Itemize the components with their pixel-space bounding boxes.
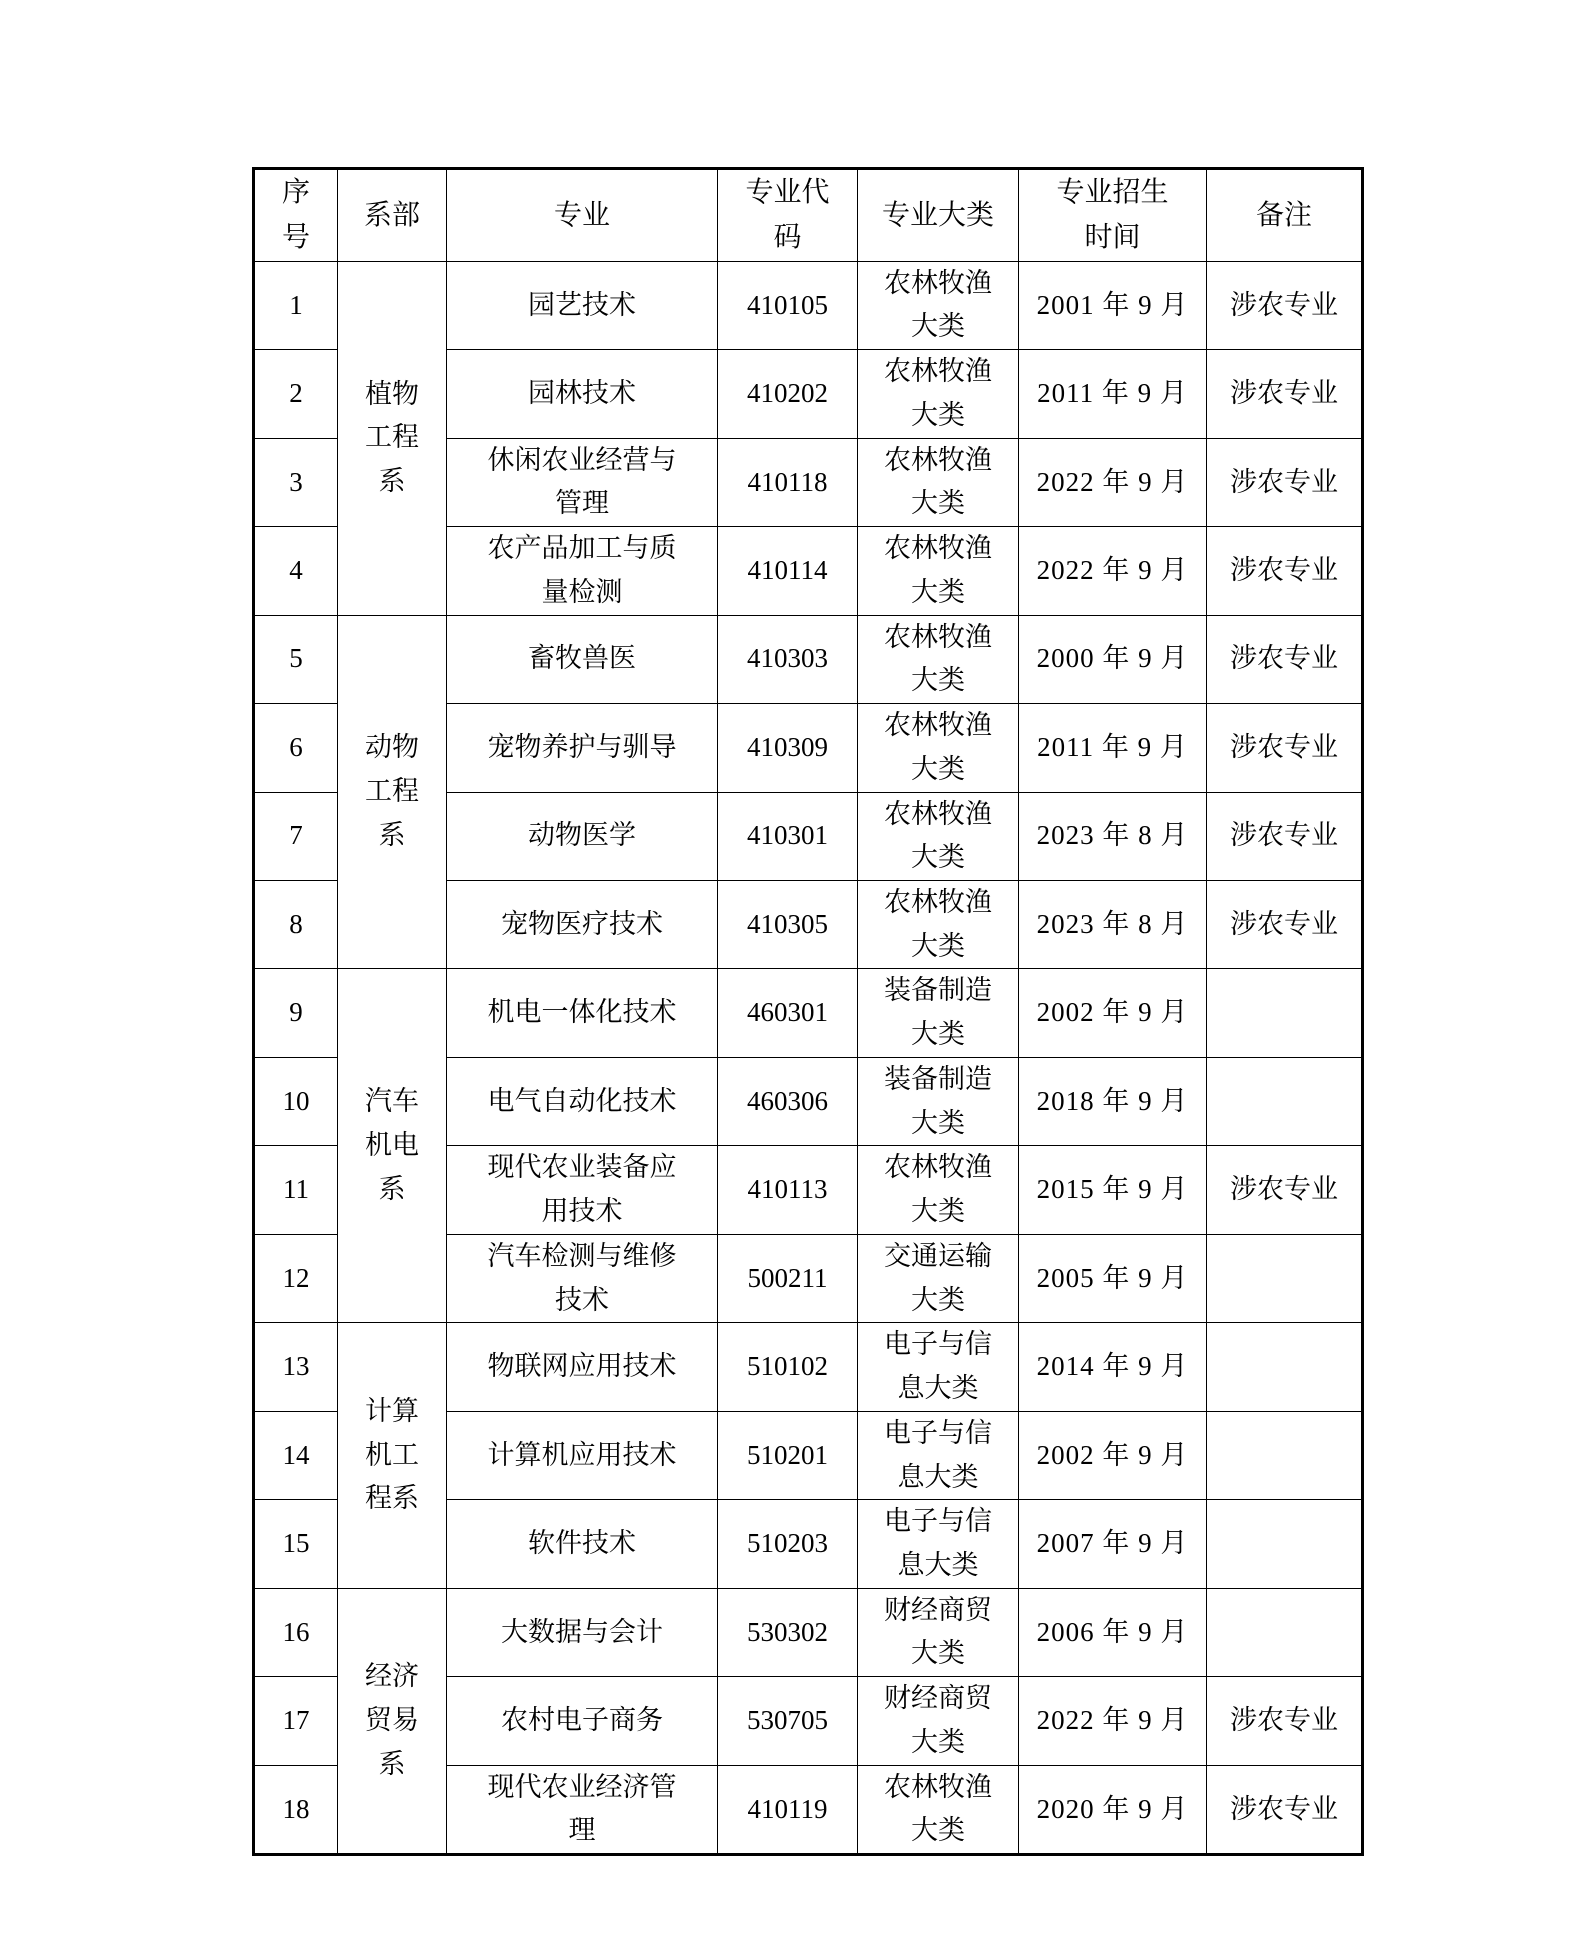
cell-remark: 涉农专业 (1207, 438, 1363, 526)
cell-index: 17 (254, 1677, 338, 1765)
cell-index: 18 (254, 1765, 338, 1854)
cell-index: 5 (254, 615, 338, 703)
cell-major: 动物医学 (447, 792, 718, 880)
cell-time: 2002 年 9 月 (1019, 969, 1207, 1057)
cell-code: 410113 (718, 1146, 858, 1234)
cell-major: 大数据与会计 (447, 1588, 718, 1676)
cell-index: 3 (254, 438, 338, 526)
cell-code: 510203 (718, 1500, 858, 1588)
cell-remark (1207, 1411, 1363, 1499)
cell-time: 2007 年 9 月 (1019, 1500, 1207, 1588)
cell-major: 计算机应用技术 (447, 1411, 718, 1499)
cell-department: 汽车 机电 系 (338, 969, 447, 1323)
table-row: 16经济 贸易 系大数据与会计530302财经商贸 大类2006 年 9 月 (254, 1588, 1363, 1676)
cell-category: 农林牧渔 大类 (858, 615, 1019, 703)
cell-code: 410309 (718, 704, 858, 792)
cell-category: 农林牧渔 大类 (858, 704, 1019, 792)
cell-remark: 涉农专业 (1207, 704, 1363, 792)
cell-remark: 涉农专业 (1207, 1765, 1363, 1854)
cell-time: 2022 年 9 月 (1019, 438, 1207, 526)
cell-index: 12 (254, 1234, 338, 1322)
cell-major: 园林技术 (447, 350, 718, 438)
cell-index: 1 (254, 261, 338, 349)
majors-table: 序 号系部专业专业代 码专业大类专业招生 时间备注 1植物 工程 系园艺技术41… (252, 167, 1364, 1856)
cell-major: 电气自动化技术 (447, 1057, 718, 1145)
cell-remark (1207, 1500, 1363, 1588)
cell-code: 410105 (718, 261, 858, 349)
cell-category: 农林牧渔 大类 (858, 350, 1019, 438)
column-header-time: 专业招生 时间 (1019, 169, 1207, 262)
cell-remark: 涉农专业 (1207, 615, 1363, 703)
cell-remark: 涉农专业 (1207, 792, 1363, 880)
cell-index: 15 (254, 1500, 338, 1588)
page: 序 号系部专业专业代 码专业大类专业招生 时间备注 1植物 工程 系园艺技术41… (0, 0, 1587, 1956)
column-header-index: 序 号 (254, 169, 338, 262)
cell-time: 2020 年 9 月 (1019, 1765, 1207, 1854)
cell-remark: 涉农专业 (1207, 881, 1363, 969)
cell-index: 16 (254, 1588, 338, 1676)
cell-major: 休闲农业经营与 管理 (447, 438, 718, 526)
cell-remark: 涉农专业 (1207, 261, 1363, 349)
column-header-remark: 备注 (1207, 169, 1363, 262)
column-header-code: 专业代 码 (718, 169, 858, 262)
cell-time: 2022 年 9 月 (1019, 527, 1207, 615)
cell-category: 财经商贸 大类 (858, 1588, 1019, 1676)
cell-major: 农产品加工与质 量检测 (447, 527, 718, 615)
cell-major: 宠物养护与驯导 (447, 704, 718, 792)
cell-category: 装备制造 大类 (858, 1057, 1019, 1145)
cell-major: 软件技术 (447, 1500, 718, 1588)
cell-department: 植物 工程 系 (338, 261, 447, 615)
cell-index: 8 (254, 881, 338, 969)
cell-category: 农林牧渔 大类 (858, 1765, 1019, 1854)
cell-time: 2000 年 9 月 (1019, 615, 1207, 703)
cell-category: 装备制造 大类 (858, 969, 1019, 1057)
cell-code: 530705 (718, 1677, 858, 1765)
cell-department: 动物 工程 系 (338, 615, 447, 969)
cell-category: 电子与信 息大类 (858, 1500, 1019, 1588)
cell-time: 2011 年 9 月 (1019, 350, 1207, 438)
cell-major: 园艺技术 (447, 261, 718, 349)
cell-category: 农林牧渔 大类 (858, 438, 1019, 526)
table-row: 1植物 工程 系园艺技术410105农林牧渔 大类2001 年 9 月涉农专业 (254, 261, 1363, 349)
cell-code: 410119 (718, 1765, 858, 1854)
cell-code: 410305 (718, 881, 858, 969)
cell-category: 农林牧渔 大类 (858, 792, 1019, 880)
cell-major: 农村电子商务 (447, 1677, 718, 1765)
cell-category: 电子与信 息大类 (858, 1323, 1019, 1411)
cell-department: 经济 贸易 系 (338, 1588, 447, 1854)
cell-code: 500211 (718, 1234, 858, 1322)
column-header-department: 系部 (338, 169, 447, 262)
cell-time: 2002 年 9 月 (1019, 1411, 1207, 1499)
cell-index: 7 (254, 792, 338, 880)
cell-category: 电子与信 息大类 (858, 1411, 1019, 1499)
table-row: 5动物 工程 系畜牧兽医410303农林牧渔 大类2000 年 9 月涉农专业 (254, 615, 1363, 703)
cell-time: 2001 年 9 月 (1019, 261, 1207, 349)
cell-time: 2006 年 9 月 (1019, 1588, 1207, 1676)
cell-remark: 涉农专业 (1207, 1146, 1363, 1234)
cell-department: 计算 机工 程系 (338, 1323, 447, 1588)
header-row: 序 号系部专业专业代 码专业大类专业招生 时间备注 (254, 169, 1363, 262)
column-header-category: 专业大类 (858, 169, 1019, 262)
cell-major: 宠物医疗技术 (447, 881, 718, 969)
cell-category: 农林牧渔 大类 (858, 881, 1019, 969)
cell-time: 2023 年 8 月 (1019, 792, 1207, 880)
cell-remark (1207, 1234, 1363, 1322)
cell-category: 农林牧渔 大类 (858, 261, 1019, 349)
cell-code: 410303 (718, 615, 858, 703)
cell-remark (1207, 1588, 1363, 1676)
cell-time: 2005 年 9 月 (1019, 1234, 1207, 1322)
cell-major: 畜牧兽医 (447, 615, 718, 703)
cell-category: 财经商贸 大类 (858, 1677, 1019, 1765)
cell-category: 交通运输 大类 (858, 1234, 1019, 1322)
cell-code: 460301 (718, 969, 858, 1057)
table-row: 13计算 机工 程系物联网应用技术510102电子与信 息大类2014 年 9 … (254, 1323, 1363, 1411)
cell-remark: 涉农专业 (1207, 1677, 1363, 1765)
cell-major: 汽车检测与维修 技术 (447, 1234, 718, 1322)
cell-code: 410118 (718, 438, 858, 526)
cell-index: 6 (254, 704, 338, 792)
cell-code: 510201 (718, 1411, 858, 1499)
cell-major: 现代农业经济管 理 (447, 1765, 718, 1854)
cell-remark (1207, 1057, 1363, 1145)
cell-remark: 涉农专业 (1207, 350, 1363, 438)
cell-time: 2023 年 8 月 (1019, 881, 1207, 969)
cell-category: 农林牧渔 大类 (858, 1146, 1019, 1234)
column-header-major: 专业 (447, 169, 718, 262)
cell-code: 460306 (718, 1057, 858, 1145)
cell-code: 410301 (718, 792, 858, 880)
table-row: 9汽车 机电 系机电一体化技术460301装备制造 大类2002 年 9 月 (254, 969, 1363, 1057)
cell-index: 10 (254, 1057, 338, 1145)
cell-code: 510102 (718, 1323, 858, 1411)
cell-major: 现代农业装备应 用技术 (447, 1146, 718, 1234)
cell-index: 4 (254, 527, 338, 615)
cell-remark: 涉农专业 (1207, 527, 1363, 615)
cell-major: 物联网应用技术 (447, 1323, 718, 1411)
cell-remark (1207, 1323, 1363, 1411)
cell-index: 11 (254, 1146, 338, 1234)
cell-time: 2018 年 9 月 (1019, 1057, 1207, 1145)
cell-time: 2022 年 9 月 (1019, 1677, 1207, 1765)
cell-index: 14 (254, 1411, 338, 1499)
cell-remark (1207, 969, 1363, 1057)
cell-index: 13 (254, 1323, 338, 1411)
cell-time: 2014 年 9 月 (1019, 1323, 1207, 1411)
cell-index: 2 (254, 350, 338, 438)
cell-code: 410114 (718, 527, 858, 615)
cell-time: 2011 年 9 月 (1019, 704, 1207, 792)
cell-category: 农林牧渔 大类 (858, 527, 1019, 615)
cell-time: 2015 年 9 月 (1019, 1146, 1207, 1234)
cell-code: 410202 (718, 350, 858, 438)
cell-major: 机电一体化技术 (447, 969, 718, 1057)
cell-code: 530302 (718, 1588, 858, 1676)
cell-index: 9 (254, 969, 338, 1057)
